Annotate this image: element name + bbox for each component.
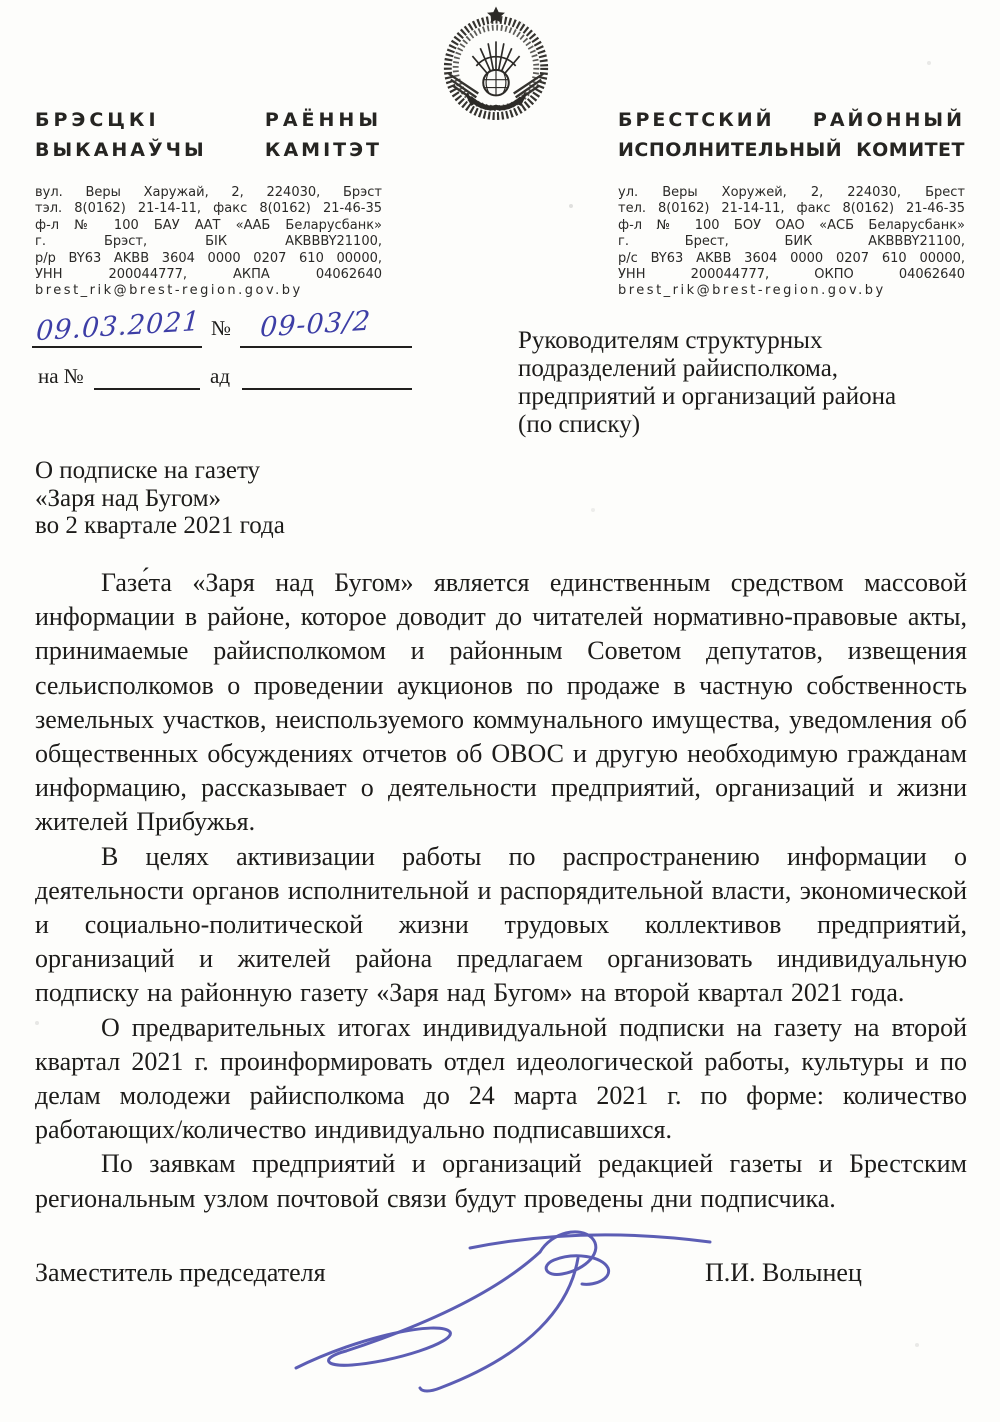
subject-line: О подписке на газету: [35, 457, 465, 485]
org-title-russian: БРЕСТСКИЙ РАЙОННЫЙ ИСПОЛНИТЕЛЬНЫЙ КОМИТЕ…: [618, 105, 965, 165]
subject-block: О подписке на газету «Заря над Бугом» во…: [35, 457, 465, 540]
org-title-line: БРЕСТСКИЙ РАЙОННЫЙ: [618, 105, 965, 135]
addressee-line: предприятий и организаций района: [518, 383, 980, 411]
addressee-block: Руководителям структурных подразделений …: [518, 327, 980, 439]
date-field: 09.03.2021: [32, 308, 202, 348]
address-line: ф-л № 100 БАУ ААТ «ААБ Беларусбанк»: [35, 218, 382, 234]
org-title-line: ВЫКАНАЎЧЫ КАМІТЭТ: [35, 135, 382, 165]
outgoing-number-field: 09-03/2: [240, 308, 412, 348]
email-address: brest_rik@brest-region.gov.by: [35, 283, 382, 299]
reply-from-label: ад: [210, 364, 230, 389]
body-paragraph: Газе́та «Заря над Бугом» является единст…: [35, 566, 967, 840]
address-line: ул. Веры Хоружей, 2, 224030, Брест: [618, 185, 965, 201]
number-sign: №: [211, 316, 231, 341]
addressee-line: подразделений райисполкома,: [518, 355, 980, 383]
handwritten-number: 09-03/2: [259, 306, 372, 344]
org-title-line: ИСПОЛНИТЕЛЬНЫЙ КОМИТЕТ: [618, 135, 965, 165]
address-line: г. Брест, БИК AKBBBY21100,: [618, 234, 965, 250]
belarus-coat-of-arms-icon: [437, 2, 555, 122]
sender-header-russian: БРЕСТСКИЙ РАЙОННЫЙ ИСПОЛНИТЕЛЬНЫЙ КОМИТЕ…: [618, 105, 965, 300]
address-line: р/р BY63 AKBB 3604 0000 0207 610 00000,: [35, 251, 382, 267]
scan-noise: [0, 0, 2, 2]
reference-block: 09.03.2021 № 09-03/2 на № ад: [30, 308, 386, 392]
body-paragraph: По заявкам предприятий и организаций ред…: [35, 1147, 967, 1215]
address-line: ф-л № 100 БОУ ОАО «АСБ Беларусбанк»: [618, 218, 965, 234]
org-title-belarusian: БРЭСЦКІ РАЁННЫ ВЫКАНАЎЧЫ КАМІТЭТ: [35, 105, 382, 165]
signer-position: Заместитель председателя: [35, 1258, 326, 1288]
address-line: тэл. 8(0162) 21-14-11, факс 8(0162) 21-4…: [35, 201, 382, 217]
date-number-row: 09.03.2021 № 09-03/2: [30, 308, 386, 348]
address-line: р/с BY63 AKBB 3604 0000 0207 610 00000,: [618, 251, 965, 267]
handwritten-date: 09.03.2021: [35, 306, 201, 347]
reply-reference-row: на № ад: [30, 348, 386, 392]
address-line: вул. Веры Харужай, 2, 224030, Брэст: [35, 185, 382, 201]
reply-number-field: [94, 348, 200, 390]
reply-date-field: [242, 348, 412, 390]
subject-line: «Заря над Бугом»: [35, 485, 465, 513]
org-title-line: БРЭСЦКІ РАЁННЫ: [35, 105, 382, 135]
handwritten-signature-icon: [290, 1218, 720, 1403]
address-line: УНН 200044777, АКПА 04062640: [35, 267, 382, 283]
address-line: УНН 200044777, ОКПО 04062640: [618, 267, 965, 283]
body-paragraph: В целях активизации работы по распростра…: [35, 840, 967, 1011]
letter-body: Газе́та «Заря над Бугом» является единст…: [35, 566, 967, 1216]
scanned-letter-page: БРЭСЦКІ РАЁННЫ ВЫКАНАЎЧЫ КАМІТЭТ вул. Ве…: [0, 0, 1000, 1422]
reply-to-label: на №: [38, 364, 84, 389]
subject-line: во 2 квартале 2021 года: [35, 512, 465, 540]
sender-header-belarusian: БРЭСЦКІ РАЁННЫ ВЫКАНАЎЧЫ КАМІТЭТ вул. Ве…: [35, 105, 382, 300]
email-address: brest_rik@brest-region.gov.by: [618, 283, 965, 299]
org-address-belarusian: вул. Веры Харужай, 2, 224030, Брэст тэл.…: [35, 185, 382, 300]
signer-name: П.И. Волынец: [705, 1258, 862, 1288]
address-line: тел. 8(0162) 21-14-11, факс 8(0162) 21-4…: [618, 201, 965, 217]
addressee-line: (по списку): [518, 411, 980, 439]
addressee-line: Руководителям структурных: [518, 327, 980, 355]
body-paragraph: О предварительных итогах индивидуальной …: [35, 1011, 967, 1148]
address-line: г. Брэст, БІК AKBBBY21100,: [35, 234, 382, 250]
org-address-russian: ул. Веры Хоружей, 2, 224030, Брест тел. …: [618, 185, 965, 300]
